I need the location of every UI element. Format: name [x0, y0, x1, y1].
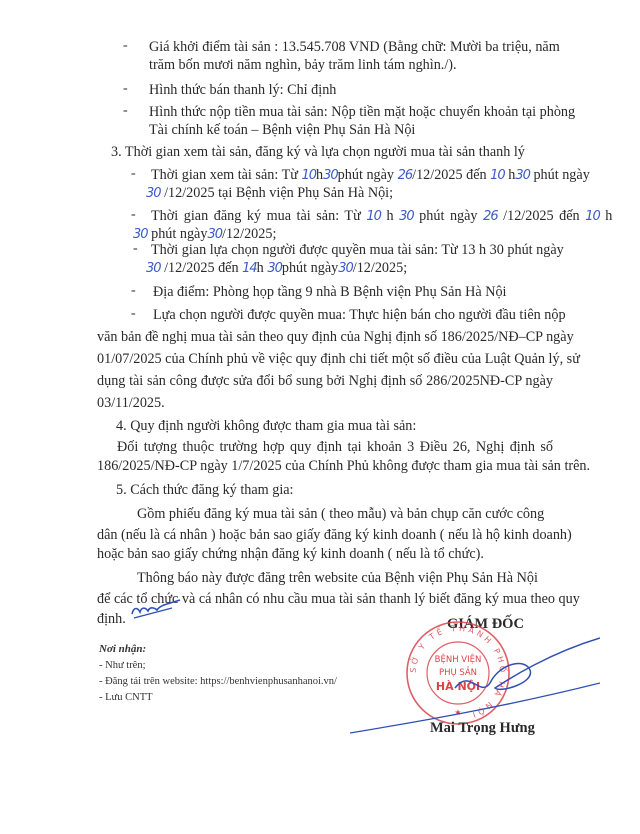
text: phút ngày	[338, 167, 398, 183]
handwritten-hour: 14	[242, 261, 257, 276]
section5-line: Gồm phiếu đăng ký mua tài sản ( theo mẫu…	[137, 505, 544, 523]
handwritten-hour: 10	[490, 168, 505, 183]
paragraph-line: 03/11/2025.	[97, 394, 165, 412]
payment-line: Hình thức nộp tiền mua tài sản: Nộp tiền…	[149, 103, 553, 121]
bullet-dash: -	[123, 103, 128, 119]
handwritten-hour: 10	[366, 209, 381, 224]
bullet-dash: -	[123, 81, 128, 97]
text: h	[505, 167, 516, 183]
bullet-dash: -	[133, 241, 138, 257]
text: Thời gian đăng ký mua tài sản: Từ	[151, 208, 366, 224]
recipients-title: Nơi nhận:	[99, 643, 146, 656]
bullet-dash: -	[131, 283, 136, 299]
text: /12/2025;	[222, 226, 276, 242]
section4-heading: 4. Quy định người không được tham gia mu…	[116, 417, 416, 435]
bullet-dash: -	[131, 306, 136, 322]
section5-line: hoặc bản sao giấy chứng nhận đăng ký kin…	[97, 545, 484, 563]
location-line: Địa điểm: Phòng họp tầng 9 nhà B Bệnh vi…	[153, 283, 506, 301]
paragraph-line: dụng tài sản công được sửa đổi bổ sung b…	[97, 372, 553, 390]
handwritten-day: 30	[207, 227, 222, 242]
text: phút ngày	[530, 167, 590, 183]
view-time-line: Thời gian xem tài sản: Từ 10h30phút ngày…	[151, 166, 590, 185]
price-line: Giá khởi điểm tài sản : 13.545.708 VND (…	[149, 38, 553, 56]
view-time-line-cont: 30 /12/2025 tại Bệnh viện Phụ Sản Hà Nội…	[146, 184, 393, 203]
handwritten-minute: 30	[323, 168, 338, 183]
paragraph-line: 01/07/2025 của Chính phủ về việc quy địn…	[97, 350, 553, 368]
bullet-dash: -	[123, 38, 128, 54]
handwritten-day: 30	[146, 186, 161, 201]
text: phút ngày	[148, 226, 208, 242]
text: /12/2025 đến	[161, 260, 243, 276]
paragraph-line: văn bản đề nghị mua tài sản theo quy địn…	[97, 328, 553, 346]
handwritten-hour: 10	[301, 168, 316, 183]
closing-line: định.	[97, 610, 126, 628]
text: h	[257, 260, 268, 276]
bullet-dash: -	[131, 207, 136, 223]
handwritten-minute: 30	[133, 227, 148, 242]
payment-line-cont: Tài chính kế toán – Bệnh viện Phụ Sản Hà…	[149, 121, 415, 139]
text: /12/2025 đến	[412, 167, 490, 183]
handwritten-day: 30	[338, 261, 353, 276]
handwritten-hour: 10	[585, 209, 600, 224]
initials-scribble-icon	[128, 596, 184, 620]
recipient-item: - Như trên;	[99, 659, 146, 672]
select-time-line-cont: 30 /12/2025 đến 14h 30phút ngày30/12/202…	[146, 259, 407, 278]
text: phút ngày	[414, 208, 483, 224]
section4-line: 186/2025/NĐ-CP ngày 1/7/2025 của Chính P…	[97, 457, 590, 475]
register-time-line: Thời gian đăng ký mua tài sản: Từ 10 h 3…	[151, 207, 612, 226]
signer-name: Mai Trọng Hưng	[430, 719, 535, 737]
section5-heading: 5. Cách thức đăng ký tham gia:	[116, 481, 294, 499]
text: /12/2025 đến	[498, 208, 586, 224]
handwritten-day: 30	[146, 261, 161, 276]
choose-line: Lựa chọn người được quyền mua: Thực hiện…	[153, 306, 566, 324]
closing-line: Thông báo này được đăng trên website của…	[137, 569, 538, 587]
section3-heading: 3. Thời gian xem tài sản, đăng ký và lựa…	[111, 143, 525, 161]
text: Thời gian xem tài sản: Từ	[151, 167, 301, 183]
text: h	[381, 208, 399, 224]
section4-line: Đối tượng thuộc trường hợp quy định tại …	[117, 438, 553, 456]
handwritten-minute: 30	[267, 261, 282, 276]
bullet-dash: -	[131, 166, 136, 182]
select-time-line: Thời gian lựa chọn người được quyền mua …	[151, 241, 553, 259]
text: h	[600, 208, 613, 224]
sale-method: Hình thức bán thanh lý: Chỉ định	[149, 81, 336, 99]
text: /12/2025 tại Bệnh viện Phụ Sản Hà Nội;	[161, 185, 394, 201]
handwritten-day: 26	[398, 168, 413, 183]
handwritten-minute: 30	[399, 209, 414, 224]
handwritten-day: 26	[483, 209, 498, 224]
price-line-cont: trăm bốn mươi năm nghìn, bảy trăm linh t…	[149, 56, 457, 74]
text: /12/2025;	[353, 260, 407, 276]
handwritten-minute: 30	[515, 168, 530, 183]
recipient-item: - Lưu CNTT	[99, 691, 153, 704]
recipient-item: - Đăng tải trên website: https://benhvie…	[99, 675, 337, 688]
text: phút ngày	[282, 260, 338, 276]
section5-line: dân (nếu là cá nhân ) hoặc bản sao giấy …	[97, 526, 572, 544]
